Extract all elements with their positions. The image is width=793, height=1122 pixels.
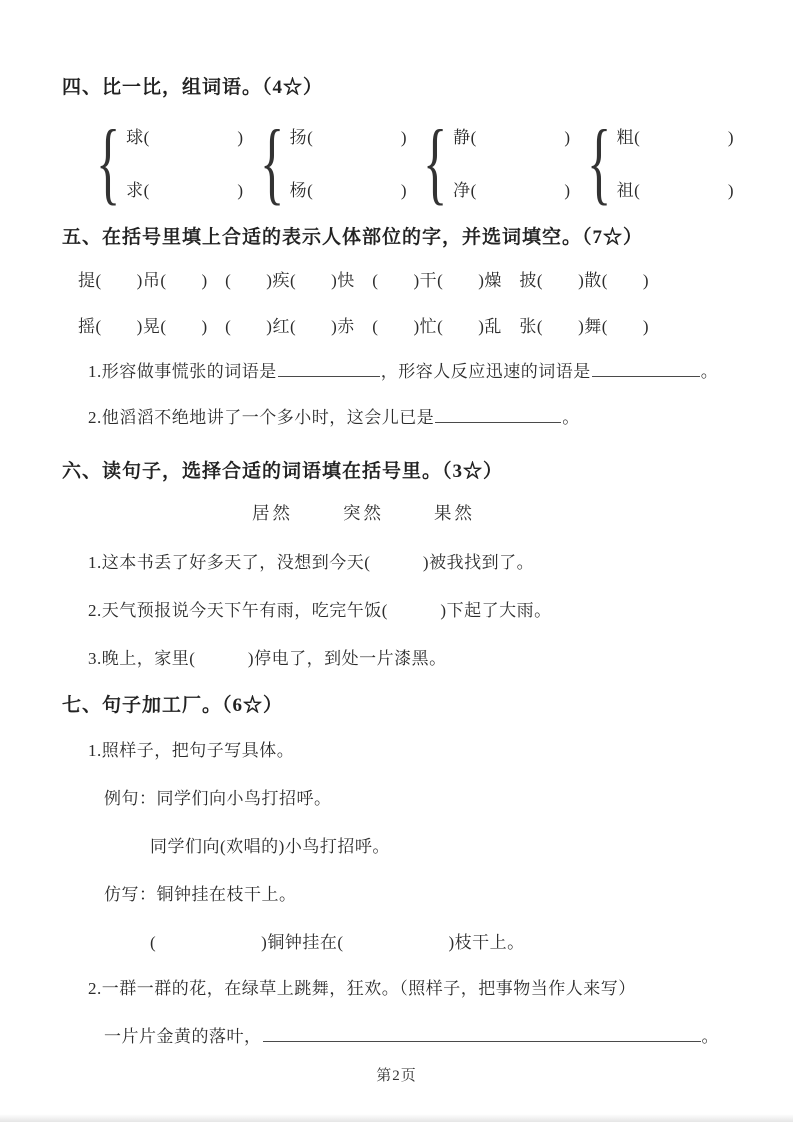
word-bank: 居然 突然 果然 xyxy=(252,500,475,525)
pair-bottom-word: 求( ) xyxy=(126,176,243,201)
word-bank-option: 果然 xyxy=(434,500,475,525)
word-pair-group: { 球( ) 求( ) { 扬( ) 杨( ) { 静( ) 净( ) { xyxy=(86,116,734,208)
pair-top-word: 静( ) xyxy=(453,123,570,148)
pair-top-word: 粗( ) xyxy=(617,123,734,148)
word-pair: { 粗( ) 祖( ) xyxy=(577,116,735,208)
pair-bottom-word: 祖( ) xyxy=(617,176,734,201)
word-bank-option: 居然 xyxy=(252,500,293,525)
question-6-2: 2.天气预报说今天下午有雨，吃完午饭( )下起了大雨。 xyxy=(88,596,552,621)
question-text: 。 xyxy=(701,362,719,381)
word-pair: { 扬( ) 杨( ) xyxy=(250,116,408,208)
section-7-title: 七、句子加工厂。（6☆） xyxy=(62,690,283,717)
question-6-1: 1.这本书丢了好多天了，没想到今天( )被我找到了。 xyxy=(88,548,534,573)
question-6-3: 3.晚上，家里( )停电了，到处一片漆黑。 xyxy=(88,644,447,669)
section-4-title: 四、比一比，组词语。（4☆） xyxy=(62,72,323,99)
imitate-blank-line: ( )铜钟挂在( )枝干上。 xyxy=(150,928,525,953)
pair-top-word: 球( ) xyxy=(126,123,243,148)
question-text: ，形容人反应迅速的词语是 xyxy=(381,362,591,381)
question-text: 1.形容做事慌张的词语是 xyxy=(88,362,277,381)
page-number: 第2页 xyxy=(0,1064,793,1085)
imitate-sentence: 仿写：铜钟挂在枝干上。 xyxy=(104,880,297,905)
word-bank-option: 突然 xyxy=(343,500,384,525)
word-pair: { 静( ) 净( ) xyxy=(413,116,571,208)
example-answer: 同学们向(欢唱的)小鸟打招呼。 xyxy=(150,832,390,857)
brace-icon: { xyxy=(96,116,120,208)
brace-icon: { xyxy=(586,116,610,208)
pair-top-word: 扬( ) xyxy=(290,123,407,148)
section-5-title: 五、在括号里填上合适的表示人体部位的字，并选词填空。（7☆） xyxy=(62,222,643,249)
question-text: 。 xyxy=(562,408,580,427)
pair-bottom-word: 杨( ) xyxy=(290,176,407,201)
question-text: 2.他滔滔不绝地讲了一个多小时，这会儿已是 xyxy=(88,408,434,427)
idiom-row-1: 提( )吊( ) ( )疾( )快 ( )干( )燥 披( )散( ) xyxy=(78,266,649,291)
question-7-2-answer-line: 一片片金黄的落叶，。 xyxy=(104,1022,719,1047)
question-5-2: 2.他滔滔不绝地讲了一个多小时，这会儿已是。 xyxy=(88,403,580,428)
word-pair: { 球( ) 求( ) xyxy=(86,116,244,208)
pair-bottom-word: 净( ) xyxy=(453,176,570,201)
worksheet-page: 四、比一比，组词语。（4☆） { 球( ) 求( ) { 扬( ) 杨( ) {… xyxy=(0,0,793,1122)
example-sentence: 例句：同学们向小鸟打招呼。 xyxy=(104,784,332,809)
question-text: 。 xyxy=(702,1027,720,1046)
question-7-2: 2.一群一群的花，在绿草上跳舞，狂欢。（照样子，把事物当作人来写） xyxy=(88,974,636,999)
question-5-1: 1.形容做事慌张的词语是，形容人反应迅速的词语是。 xyxy=(88,357,718,382)
answer-blank xyxy=(278,361,380,377)
brace-icon: { xyxy=(423,116,447,208)
brace-icon: { xyxy=(259,116,283,208)
answer-blank xyxy=(263,1026,701,1042)
idiom-row-2: 摇( )晃( ) ( )红( )赤 ( )忙( )乱 张( )舞( ) xyxy=(78,312,649,337)
section-6-title: 六、读句子，选择合适的词语填在括号里。（3☆） xyxy=(62,456,503,483)
question-text: 一片片金黄的落叶， xyxy=(104,1027,262,1046)
question-7-1: 1.照样子，把句子写具体。 xyxy=(88,736,294,761)
answer-blank xyxy=(435,407,561,423)
answer-blank xyxy=(592,361,700,377)
